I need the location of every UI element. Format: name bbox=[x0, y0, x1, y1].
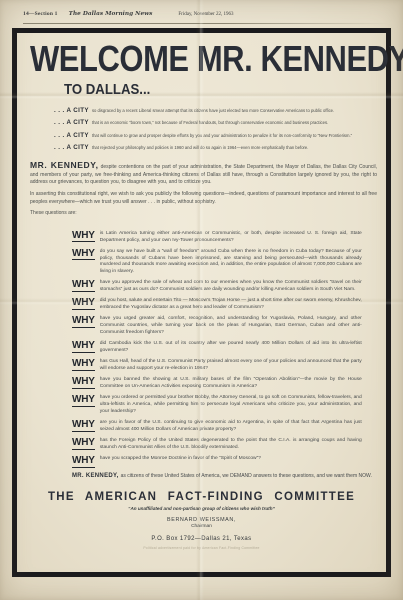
why-label: WHY bbox=[72, 420, 95, 432]
why-label: WHY bbox=[72, 456, 95, 468]
intro-salutation: MR. KENNEDY, bbox=[30, 160, 99, 170]
horizontal-fold-crease-top bbox=[0, 92, 403, 99]
why-question: WHY is Latin America turning either anti… bbox=[72, 231, 373, 245]
why-question-text: have you urged greater aid, comfort, rec… bbox=[100, 316, 362, 336]
city-point-text: that is an economic “boom town,” not bec… bbox=[92, 120, 328, 125]
closing-salutation: MR. KENNEDY, bbox=[72, 473, 119, 479]
city-point: . . . A CITYthat will continue to grow a… bbox=[54, 132, 373, 140]
closing-text: as citizens of these United States of Am… bbox=[121, 473, 372, 479]
why-question: WHY has the Foreign Policy of the United… bbox=[72, 438, 373, 452]
newspaper-masthead: 14—Section 1 The Dallas Morning News Fri… bbox=[23, 11, 389, 17]
why-question-text: do you say we have built a “wall of free… bbox=[100, 249, 362, 276]
city-point-label: . . . A CITY bbox=[54, 132, 89, 139]
why-question-text: has the Foreign Policy of the United Sta… bbox=[100, 438, 362, 452]
horizontal-fold-crease-middle bbox=[0, 298, 403, 305]
city-point: . . . A CITYthat rejected your philosoph… bbox=[54, 144, 373, 152]
why-label: WHY bbox=[72, 395, 95, 407]
why-question: WHY has Gus Hall, head of the U.S. Commu… bbox=[72, 359, 373, 373]
why-question-text: did Cambodia kick the U.S. out of its co… bbox=[100, 341, 362, 355]
why-label: WHY bbox=[72, 249, 95, 261]
why-label: WHY bbox=[72, 280, 95, 292]
why-label: WHY bbox=[72, 231, 95, 243]
masthead-rule bbox=[23, 23, 389, 24]
why-label: WHY bbox=[72, 316, 95, 328]
why-question-text: have you approved the sale of wheat and … bbox=[100, 280, 362, 294]
why-question: WHY have you ordered or permitted your b… bbox=[72, 395, 373, 415]
why-question: WHY did Cambodia kick the U.S. out of it… bbox=[72, 341, 373, 355]
why-questions-list: WHY is Latin America turning either anti… bbox=[72, 231, 373, 468]
newspaper-name: The Dallas Morning News bbox=[69, 11, 153, 17]
city-point-label: . . . A CITY bbox=[54, 107, 89, 114]
why-label: WHY bbox=[72, 438, 95, 450]
city-point-label: . . . A CITY bbox=[54, 144, 89, 151]
closing-paragraph: MR. KENNEDY,as citizens of these United … bbox=[72, 472, 372, 481]
why-question: WHY are you in favor of the U.S. continu… bbox=[72, 420, 373, 434]
ad-headline: WELCOME MR. KENNEDY bbox=[30, 41, 325, 77]
city-point: . . . A CITYthat is an economic “boom to… bbox=[54, 119, 373, 127]
why-label: WHY bbox=[72, 341, 95, 353]
why-question: WHY have you urged greater aid, comfort,… bbox=[72, 316, 373, 336]
city-point-text: so disgraced by a recent Liberal smear a… bbox=[92, 108, 334, 113]
issue-date: Friday, November 22, 1963 bbox=[178, 12, 233, 17]
why-question-text: have you scrapped the Monroe Doctrine in… bbox=[100, 456, 362, 463]
why-question-text: have you ordered or permitted your broth… bbox=[100, 395, 362, 415]
why-label: WHY bbox=[72, 359, 95, 371]
why-question-text: is Latin America turning either anti-Ame… bbox=[100, 231, 362, 245]
why-question-text: has Gus Hall, head of the U.S. Communist… bbox=[100, 359, 362, 373]
city-point-label: . . . A CITY bbox=[54, 119, 89, 126]
why-question: WHY do you say we have built a “wall of … bbox=[72, 249, 373, 276]
city-point-text: that will continue to grow and prosper d… bbox=[92, 133, 352, 138]
why-label: WHY bbox=[72, 377, 95, 389]
page-section-label: 14—Section 1 bbox=[23, 11, 58, 17]
why-question-text: have you banned the showing at U.S. mili… bbox=[100, 377, 362, 391]
why-question: WHY have you banned the showing at U.S. … bbox=[72, 377, 373, 391]
why-question: WHY have you approved the sale of wheat … bbox=[72, 280, 373, 294]
city-point: . . . A CITYso disgraced by a recent Lib… bbox=[54, 107, 373, 115]
why-question: WHY have you scrapped the Monroe Doctrin… bbox=[72, 456, 373, 468]
why-question-text: are you in favor of the U.S. continuing … bbox=[100, 420, 362, 434]
city-points-list: . . . A CITYso disgraced by a recent Lib… bbox=[54, 107, 373, 152]
